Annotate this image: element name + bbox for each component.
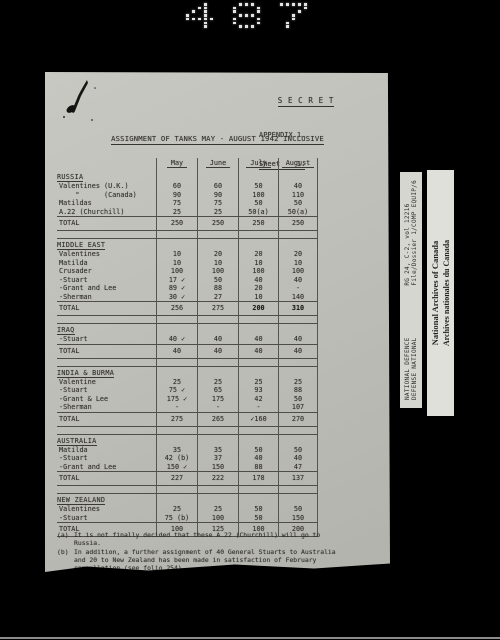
table-cell <box>238 239 278 250</box>
total-value: 178 <box>238 471 278 486</box>
frame-digit-dot <box>304 3 307 6</box>
table-cell <box>278 239 318 250</box>
month-header: August <box>278 158 318 171</box>
frame-digit-dot <box>257 10 260 13</box>
table-cell <box>197 494 238 505</box>
footnote-marker: (b) <box>57 548 69 572</box>
value-cell: 42 (b) <box>156 454 197 463</box>
value-cell: 175 <box>197 395 238 404</box>
value-cell: 50 <box>238 514 278 523</box>
section-name-label: IRAQ <box>57 326 75 335</box>
total-value: 250 <box>278 216 318 231</box>
month-header-label: August <box>282 159 315 168</box>
row-label: -Grant and Lee <box>57 284 156 293</box>
table-spacer <box>238 316 278 324</box>
row-label: Crusader <box>57 267 156 276</box>
value-cell: - <box>197 403 238 412</box>
table-spacer <box>197 316 238 324</box>
table-cell <box>156 367 197 378</box>
frame-digit-dot <box>251 25 254 28</box>
classification-stamp: S E C R E T <box>278 96 334 107</box>
table-spacer <box>156 486 197 494</box>
total-value: 222 <box>197 471 238 486</box>
row-label: Valentine <box>57 378 156 387</box>
frame-digit-dot <box>198 18 201 21</box>
month-header-label: July <box>246 159 270 168</box>
frame-digit-dot <box>204 25 207 28</box>
value-cell: 140 <box>278 293 318 302</box>
frame-digit <box>233 3 263 30</box>
section-name-label: RUSSIA <box>57 173 83 182</box>
row-label: -Grant and Lee <box>57 463 156 472</box>
value-cell: 100 <box>197 514 238 523</box>
frame-digit <box>280 3 310 30</box>
value-cell: 75 <box>156 199 197 208</box>
value-cell: 60 <box>197 182 238 191</box>
total-value: 40 <box>156 344 197 359</box>
value-cell: 40 <box>278 182 318 191</box>
value-cell: 37 <box>197 454 238 463</box>
table-cell <box>156 435 197 446</box>
frame-digit-dot <box>298 3 301 6</box>
row-label: -Stuart <box>57 386 156 395</box>
table-cell <box>278 171 318 182</box>
section-name: IRAQ <box>57 324 156 335</box>
value-cell: 175 ✓ <box>156 395 197 404</box>
table-spacer <box>156 359 197 367</box>
table-spacer <box>278 486 318 494</box>
archive-reference-stamp: NATIONAL DEFENCE DEFENSE NATIONAL RG 24,… <box>400 172 422 408</box>
national-archives-line-fr: Archives nationales du Canada <box>441 170 452 416</box>
total-value: 250 <box>197 216 238 231</box>
table-spacer <box>57 316 156 324</box>
section-name: INDIA & BURMA <box>57 367 156 378</box>
value-cell: 20 <box>278 250 318 259</box>
total-label: TOTAL <box>57 471 156 486</box>
value-cell: 25 <box>156 208 197 217</box>
value-cell: 50(a) <box>238 208 278 217</box>
microfilm-frame-number <box>186 3 326 31</box>
value-cell: 10 <box>197 259 238 268</box>
table-spacer <box>197 231 238 239</box>
total-value: 310 <box>278 301 318 316</box>
value-cell: 65 <box>197 386 238 395</box>
footnote-line: It is not finally decided that these A.2… <box>74 531 347 547</box>
value-cell: 90 <box>156 191 197 200</box>
value-cell: 40 <box>238 454 278 463</box>
value-cell: 50 <box>278 505 318 514</box>
pen-mark-icon <box>61 76 101 124</box>
frame-digit-dot <box>298 10 301 13</box>
value-cell: 10 <box>156 250 197 259</box>
defence-stamp-text: NATIONAL DEFENCE DEFENSE NATIONAL <box>404 337 418 400</box>
value-cell: 17 ✓ <box>156 276 197 285</box>
table-spacer <box>278 231 318 239</box>
frame-digit-dot <box>198 7 201 10</box>
table-spacer <box>197 427 238 435</box>
frame-digit-dot <box>257 7 260 10</box>
value-cell: 107 <box>278 403 318 412</box>
document-title-text: ASSIGNMENT OF TANKS MAY - AUGUST 1942 IN… <box>111 134 324 145</box>
value-cell: 75 (b) <box>156 514 197 523</box>
value-cell: 25 <box>156 505 197 514</box>
table-cell <box>197 171 238 182</box>
frame-digit-dot <box>292 14 295 17</box>
value-cell: 50 <box>238 182 278 191</box>
row-label: Matildas <box>57 199 156 208</box>
section-name: RUSSIA <box>57 171 156 182</box>
value-cell: 110 <box>278 191 318 200</box>
frame-digit-dot <box>204 3 207 6</box>
value-cell: 93 <box>238 386 278 395</box>
table-spacer <box>238 427 278 435</box>
value-cell: 20 <box>238 284 278 293</box>
value-cell: 40 <box>278 454 318 463</box>
frame-digit-dot <box>233 22 236 25</box>
document-sheet: S E C R E T APPENDIX 1. Sheet 1. ASSIGNM… <box>45 72 390 572</box>
table-spacer <box>57 359 156 367</box>
frame-digit-dot <box>192 10 195 13</box>
value-cell: 89 ✓ <box>156 284 197 293</box>
value-cell: 10 <box>238 259 278 268</box>
table-spacer <box>278 316 318 324</box>
table-spacer <box>278 359 318 367</box>
value-cell: 25 <box>238 378 278 387</box>
frame-digit-dot <box>286 25 289 28</box>
row-label: -Sherman <box>57 293 156 302</box>
frame-digit-dot <box>204 10 207 13</box>
value-cell: - <box>238 403 278 412</box>
month-header: June <box>197 158 238 171</box>
total-value: 40 <box>278 344 318 359</box>
table-cell <box>197 324 238 335</box>
month-header-label: May <box>167 159 187 168</box>
section-name: MIDDLE EAST <box>57 239 156 250</box>
total-value: 227 <box>156 471 197 486</box>
table-spacer <box>197 359 238 367</box>
table-cell <box>278 367 318 378</box>
total-value: 200 <box>238 301 278 316</box>
table-cell <box>278 494 318 505</box>
value-cell: 50 <box>278 446 318 455</box>
row-label: -Stuart <box>57 454 156 463</box>
value-cell: 50(a) <box>278 208 318 217</box>
value-cell: 10 <box>278 259 318 268</box>
total-value: 275 <box>156 412 197 427</box>
value-cell: 100 <box>238 267 278 276</box>
frame-digit-dot <box>204 22 207 25</box>
value-cell: 50 <box>238 446 278 455</box>
frame-digit-dot <box>251 14 254 17</box>
row-label: Matilda <box>57 259 156 268</box>
value-cell: 40 <box>278 276 318 285</box>
frame-digit-dot <box>304 7 307 10</box>
frame-digit-dot <box>245 14 248 17</box>
frame-digit-dot <box>233 18 236 21</box>
section-name-label: INDIA & BURMA <box>57 369 114 378</box>
frame-digit-dot <box>292 18 295 21</box>
table-spacer <box>278 427 318 435</box>
value-cell: 25 <box>197 505 238 514</box>
value-cell: 27 <box>197 293 238 302</box>
table-cell <box>238 171 278 182</box>
value-cell: 40 <box>278 335 318 344</box>
table-spacer <box>238 231 278 239</box>
frame-digit-dot <box>239 25 242 28</box>
total-label: TOTAL <box>57 216 156 231</box>
total-value: 40 <box>197 344 238 359</box>
table-cell <box>197 239 238 250</box>
total-label: TOTAL <box>57 412 156 427</box>
total-value: 40 <box>238 344 278 359</box>
table-spacer <box>197 486 238 494</box>
frame-digit-dot <box>186 18 189 21</box>
frame-digit-dot <box>251 3 254 6</box>
defence-stamp-line1: NATIONAL DEFENCE <box>404 337 411 400</box>
value-cell: 10 <box>238 293 278 302</box>
frame-digit-dot <box>239 3 242 6</box>
total-value: 265 <box>197 412 238 427</box>
frame-digit-dot <box>186 14 189 17</box>
frame-digit-dot <box>204 7 207 10</box>
month-header: July <box>238 158 278 171</box>
frame-digit-dot <box>192 18 195 21</box>
value-cell: 50 <box>238 505 278 514</box>
value-cell: 35 <box>156 446 197 455</box>
value-cell: 60 <box>156 182 197 191</box>
section-name: AUSTRALIA <box>57 435 156 446</box>
total-value: 270 <box>278 412 318 427</box>
row-label: Valentines <box>57 505 156 514</box>
table-cell <box>238 494 278 505</box>
value-cell: 25 <box>156 378 197 387</box>
section-name-label: AUSTRALIA <box>57 437 97 446</box>
row-label: -Stuart <box>57 514 156 523</box>
row-label: -Grant & Lee <box>57 395 156 404</box>
footnote-text: It is not finally decided that these A.2… <box>74 531 347 547</box>
value-cell: 50 <box>278 199 318 208</box>
table-cell <box>197 367 238 378</box>
value-cell: 100 <box>197 267 238 276</box>
value-cell: 42 <box>238 395 278 404</box>
footnote: (a)It is not finally decided that these … <box>57 531 347 547</box>
table-cell <box>197 435 238 446</box>
microfilm-frame: S E C R E T APPENDIX 1. Sheet 1. ASSIGNM… <box>0 0 500 640</box>
total-label: TOTAL <box>57 301 156 316</box>
value-cell: 88 <box>278 386 318 395</box>
frame-digit-dot <box>210 18 213 21</box>
total-value: 256 <box>156 301 197 316</box>
value-cell: 75 ✓ <box>156 386 197 395</box>
total-value: ✓160 <box>238 412 278 427</box>
value-cell: 50 <box>278 395 318 404</box>
frame-digit-dot <box>233 10 236 13</box>
frame-digit-dot <box>292 3 295 6</box>
row-label: " (Canada) <box>57 191 156 200</box>
value-cell: 100 <box>238 191 278 200</box>
section-name-label: MIDDLE EAST <box>57 241 105 250</box>
value-cell: 88 <box>197 284 238 293</box>
frame-digit-dot <box>257 22 260 25</box>
film-edge-line <box>0 637 500 639</box>
value-cell: 30 ✓ <box>156 293 197 302</box>
table-spacer <box>238 359 278 367</box>
table-spacer <box>238 486 278 494</box>
value-cell: 50 <box>197 276 238 285</box>
footnote-marker: (a) <box>57 531 69 547</box>
total-value: 250 <box>156 216 197 231</box>
document-title: ASSIGNMENT OF TANKS MAY - AUGUST 1942 IN… <box>45 134 390 143</box>
row-label: Valentines <box>57 250 156 259</box>
row-label: Matilda <box>57 446 156 455</box>
table-spacer <box>156 427 197 435</box>
total-value: 137 <box>278 471 318 486</box>
table-spacer <box>156 316 197 324</box>
value-cell: 75 <box>197 199 238 208</box>
table-cell <box>156 494 197 505</box>
footnote: (b)In addition, a further assignment of … <box>57 548 347 572</box>
total-value: 275 <box>197 301 238 316</box>
table-corner <box>57 158 156 171</box>
table-cell <box>238 435 278 446</box>
frame-digit <box>186 3 216 30</box>
tank-assignment-table: MayJuneJulyAugustRUSSIAValentines (U.K.)… <box>57 158 318 537</box>
value-cell: 20 <box>197 250 238 259</box>
footnote-line: and 20 to New Zealand has been made in s… <box>74 556 336 564</box>
value-cell: 25 <box>197 378 238 387</box>
frame-digit-dot <box>239 14 242 17</box>
frame-digit-dot <box>286 22 289 25</box>
value-cell: 47 <box>278 463 318 472</box>
value-cell: 35 <box>197 446 238 455</box>
frame-digit-dot <box>204 18 207 21</box>
archive-reference-text: RG 24, C-2, vol 12216 File/Dossier 1/COM… <box>404 180 418 286</box>
row-label: Valentines (U.K.) <box>57 182 156 191</box>
row-label: A.22 (Churchill) <box>57 208 156 217</box>
section-name-label: NEW ZEALAND <box>57 496 105 505</box>
value-cell: 150 <box>278 514 318 523</box>
month-header-label: June <box>206 159 230 168</box>
value-cell: 20 <box>238 250 278 259</box>
table-cell <box>156 239 197 250</box>
table-cell <box>278 324 318 335</box>
value-cell: - <box>156 403 197 412</box>
national-archives-line-en: National Archives of Canada <box>429 170 441 416</box>
value-cell: 88 <box>238 463 278 472</box>
total-label: TOTAL <box>57 344 156 359</box>
value-cell: 10 <box>156 259 197 268</box>
value-cell: 40 <box>238 276 278 285</box>
value-cell: 90 <box>197 191 238 200</box>
table-cell <box>156 171 197 182</box>
table-cell <box>156 324 197 335</box>
frame-digit-dot <box>280 3 283 6</box>
archive-reference-line1: RG 24, C-2, vol 12216 <box>404 180 411 286</box>
table-spacer <box>57 231 156 239</box>
value-cell: 40 <box>197 335 238 344</box>
frame-digit-dot <box>204 14 207 17</box>
national-archives-stamp: National Archives of Canada Archives nat… <box>427 170 454 416</box>
archive-reference-line2: File/Dossier 1/COMP EQUIP/6 <box>411 180 418 286</box>
table-spacer <box>57 486 156 494</box>
table-cell <box>278 435 318 446</box>
table-cell <box>238 367 278 378</box>
frame-digit-dot <box>233 7 236 10</box>
row-label: -Stuart <box>57 335 156 344</box>
value-cell: 25 <box>197 208 238 217</box>
table-cell <box>238 324 278 335</box>
table-spacer <box>156 231 197 239</box>
footnote-line: cancellation (see folio 254) <box>74 564 336 572</box>
table-spacer <box>57 427 156 435</box>
footnote-line: In addition, a further assignment of 40 … <box>74 548 336 556</box>
row-label: -Stuart <box>57 276 156 285</box>
value-cell: - <box>278 284 318 293</box>
value-cell: 40 ✓ <box>156 335 197 344</box>
value-cell: 50 <box>238 199 278 208</box>
section-name: NEW ZEALAND <box>57 494 156 505</box>
frame-digit-dot <box>257 18 260 21</box>
value-cell: 100 <box>278 267 318 276</box>
frame-digit-dot <box>245 25 248 28</box>
row-label: -Sherman <box>57 403 156 412</box>
value-cell: 100 <box>156 267 197 276</box>
frame-digit-dot <box>286 3 289 6</box>
month-header: May <box>156 158 197 171</box>
footnote-text: In addition, a further assignment of 40 … <box>74 548 336 572</box>
value-cell: 150 ✓ <box>156 463 197 472</box>
total-value: 250 <box>238 216 278 231</box>
footnotes: (a)It is not finally decided that these … <box>57 531 347 573</box>
value-cell: 150 <box>197 463 238 472</box>
frame-digit-dot <box>245 3 248 6</box>
value-cell: 25 <box>278 378 318 387</box>
value-cell: 40 <box>238 335 278 344</box>
defence-stamp-line2: DEFENSE NATIONAL <box>411 337 418 400</box>
